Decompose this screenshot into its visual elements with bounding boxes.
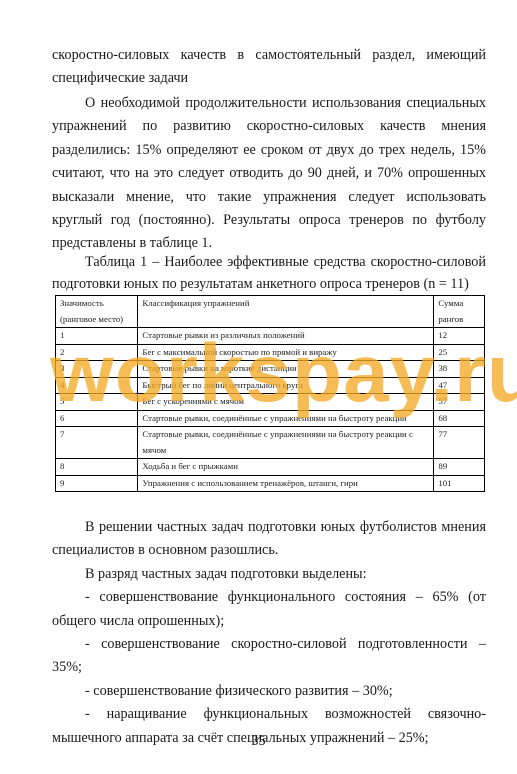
table-row: 9 Упражнения с использованием тренажёров… xyxy=(56,475,485,492)
cell-rank: 4 xyxy=(56,377,138,394)
cell-rank: 6 xyxy=(56,410,138,427)
header-sum: Сумма рангов xyxy=(434,296,485,328)
table-row: 4 Быстрый бег по линии центрального круг… xyxy=(56,377,485,394)
document-page: скоростно-силовых качеств в самостоятель… xyxy=(0,0,517,774)
text-section-top: скоростно-силовых качеств в самостоятель… xyxy=(52,44,486,91)
cell-classification: Стартовые рывки на короткие дистанции xyxy=(138,361,434,378)
list-item: - совершенствование функционального сост… xyxy=(52,586,486,633)
text-section-tasks: В решении частных задач подготовки юных … xyxy=(52,516,486,750)
text-section-duration: О необходимой продолжительности использо… xyxy=(52,92,486,256)
cell-rank: 8 xyxy=(56,459,138,476)
table-row: 6 Стартовые рывки, соединённые с упражне… xyxy=(56,410,485,427)
table-row: 5 Бег с ускорениями с мячом 57 xyxy=(56,394,485,411)
cell-rank: 7 xyxy=(56,427,138,459)
table-row: 8 Ходьба и бег с прыжками 89 xyxy=(56,459,485,476)
cell-sum: 68 xyxy=(434,410,485,427)
paragraph-opinions: В решении частных задач подготовки юных … xyxy=(52,516,486,563)
cell-classification: Стартовые рывки, соединённые с упражнени… xyxy=(138,427,434,459)
results-table: Значимость (ранговое место) Классификаци… xyxy=(55,295,485,492)
table-header-row: Значимость (ранговое место) Классификаци… xyxy=(56,296,485,328)
cell-rank: 1 xyxy=(56,328,138,345)
cell-sum: 77 xyxy=(434,427,485,459)
cell-classification: Бег с ускорениями с мячом xyxy=(138,394,434,411)
cell-rank: 9 xyxy=(56,475,138,492)
header-rank: Значимость (ранговое место) xyxy=(56,296,138,328)
cell-classification: Стартовые рывки из различных положений xyxy=(138,328,434,345)
cell-sum: 57 xyxy=(434,394,485,411)
list-item: - совершенствование скоростно-силовой по… xyxy=(52,633,486,680)
cell-rank: 5 xyxy=(56,394,138,411)
cell-rank: 3 xyxy=(56,361,138,378)
table-row: 7 Стартовые рывки, соединённые с упражне… xyxy=(56,427,485,459)
cell-sum: 101 xyxy=(434,475,485,492)
cell-classification: Бег с максимальной скоростью по прямой и… xyxy=(138,344,434,361)
cell-sum: 38 xyxy=(434,361,485,378)
cell-classification: Ходьба и бег с прыжками xyxy=(138,459,434,476)
cell-classification: Упражнения с использованием тренажёров, … xyxy=(138,475,434,492)
table-row: 2 Бег с максимальной скоростью по прямой… xyxy=(56,344,485,361)
cell-sum: 12 xyxy=(434,328,485,345)
cell-classification: Стартовые рывки, соединённые с упражнени… xyxy=(138,410,434,427)
table-caption: Таблица 1 – Наиболее эффективные средств… xyxy=(52,251,486,295)
list-item: - совершенствование физического развития… xyxy=(52,680,486,703)
paragraph-tasks-intro: В разряд частных задач подготовки выделе… xyxy=(52,563,486,586)
cell-sum: 89 xyxy=(434,459,485,476)
cell-rank: 2 xyxy=(56,344,138,361)
header-classification: Классификация упражнений xyxy=(138,296,434,328)
table-row: 3 Стартовые рывки на короткие дистанции … xyxy=(56,361,485,378)
cell-classification: Быстрый бег по линии центрального круга xyxy=(138,377,434,394)
table-row: 1 Стартовые рывки из различных положений… xyxy=(56,328,485,345)
paragraph-duration: О необходимой продолжительности использо… xyxy=(52,92,486,256)
paragraph-continuation: скоростно-силовых качеств в самостоятель… xyxy=(52,44,486,91)
page-number: 35 xyxy=(0,731,517,751)
cell-sum: 25 xyxy=(434,344,485,361)
cell-sum: 47 xyxy=(434,377,485,394)
